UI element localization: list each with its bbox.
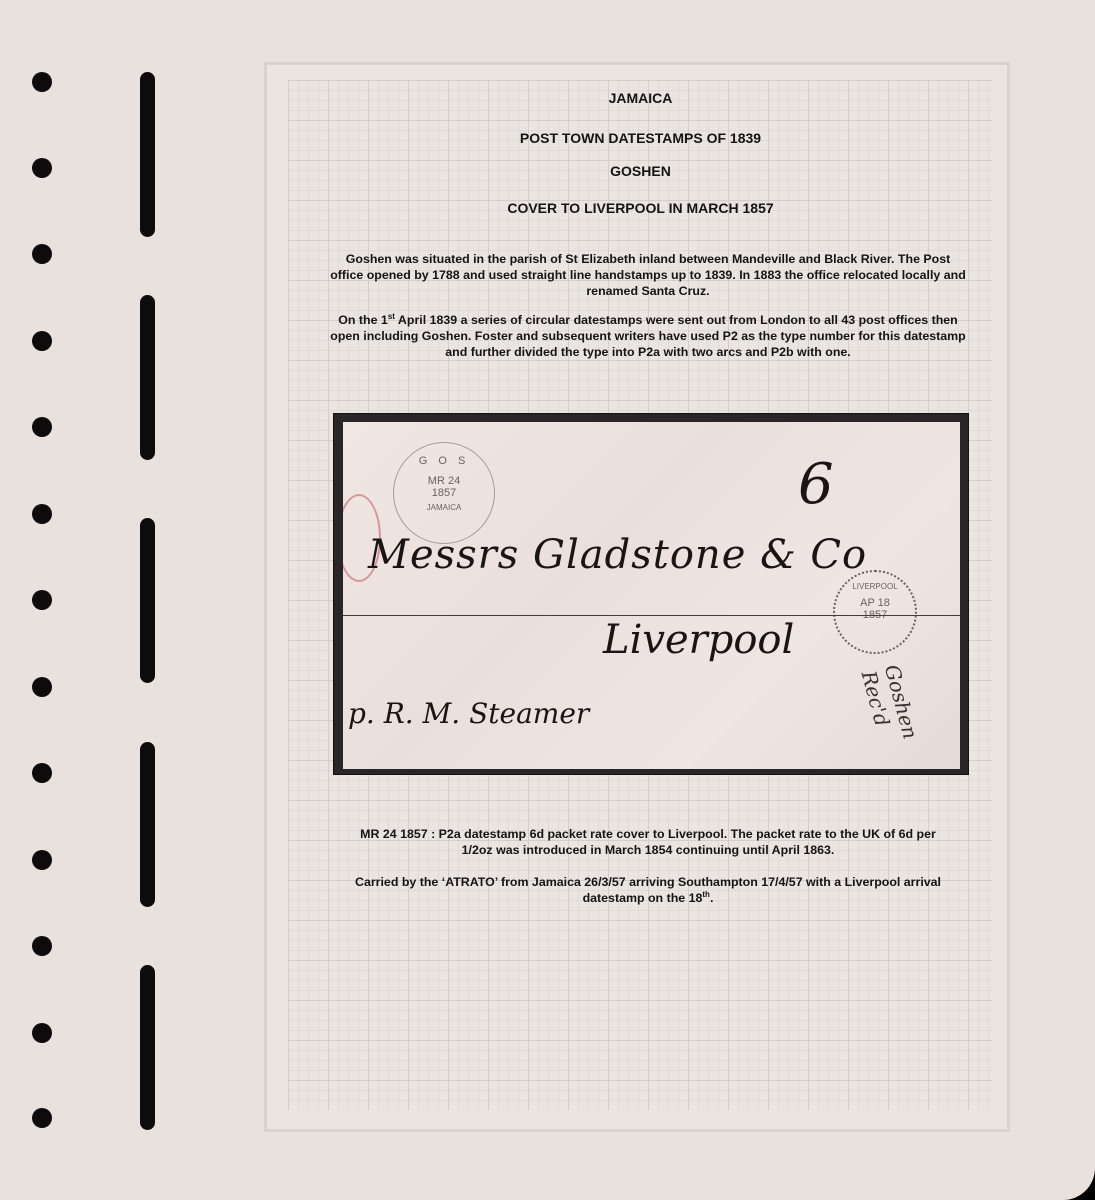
intro-paragraph-1: Goshen was situated in the parish of St … <box>328 251 968 299</box>
caption-2: Carried by the ‘ATRATO’ from Jamaica 26/… <box>348 874 948 906</box>
punch-hole <box>32 331 52 351</box>
page-subtitle: POST TOWN DATESTAMPS OF 1839 <box>288 130 993 146</box>
punch-hole <box>32 72 52 92</box>
binder-slot <box>140 742 155 907</box>
address-line-1: Messrs Gladstone & Co <box>368 532 867 578</box>
arrival-stamp-date: AP 18 <box>835 597 915 609</box>
page-title: JAMAICA <box>288 90 993 106</box>
caption-2-text: Carried by the ‘ATRATO’ from Jamaica 26/… <box>355 875 941 905</box>
punch-hole <box>32 1023 52 1043</box>
rate-mark: 6 <box>798 452 834 517</box>
origin-stamp-date: MR 24 <box>394 475 494 487</box>
binder-slot <box>140 295 155 460</box>
origin-datestamp: G O S MR 24 1857 JAMAICA <box>393 442 495 544</box>
punch-hole <box>32 158 52 178</box>
arrival-stamp-town: LIVERPOOL <box>835 582 915 591</box>
town-heading: GOSHEN <box>288 163 993 179</box>
punch-hole <box>32 763 52 783</box>
punch-hole <box>32 850 52 870</box>
route-note: p. R. M. Steamer <box>348 697 589 730</box>
punch-hole <box>32 417 52 437</box>
ordinal-superscript: th <box>702 890 710 899</box>
cover-heading: COVER TO LIVERPOOL IN MARCH 1857 <box>288 200 993 216</box>
caption-1: MR 24 1857 : P2a datestamp 6d packet rat… <box>348 826 948 858</box>
ordinal-superscript: st <box>388 312 395 321</box>
punch-hole <box>32 677 52 697</box>
punch-hole <box>32 244 52 264</box>
intro-paragraph-2: On the 1st April 1839 a series of circul… <box>328 312 968 360</box>
intro-paragraph-2-text: On the 1 <box>338 313 388 327</box>
binder-slot <box>140 72 155 237</box>
origin-stamp-year: 1857 <box>394 487 494 499</box>
punch-hole <box>32 1108 52 1128</box>
address-line-2: Liverpool <box>603 617 794 663</box>
postal-cover-image: G O S MR 24 1857 JAMAICA 6 Messrs Gladst… <box>343 422 960 769</box>
caption-2-text: . <box>710 891 713 905</box>
binder-slot <box>140 965 155 1130</box>
docket-note: Goshen Rec'd <box>857 662 923 748</box>
intro-paragraph-2-text: April 1839 a series of circular datestam… <box>330 313 966 359</box>
punch-hole <box>32 590 52 610</box>
punch-hole <box>32 504 52 524</box>
origin-stamp-country: JAMAICA <box>394 503 494 512</box>
binder-slot <box>140 518 155 683</box>
origin-stamp-town: G O S <box>394 455 494 467</box>
cover-fold-line <box>343 615 960 616</box>
arrival-datestamp: LIVERPOOL AP 18 1857 <box>833 570 917 654</box>
punch-hole <box>32 936 52 956</box>
